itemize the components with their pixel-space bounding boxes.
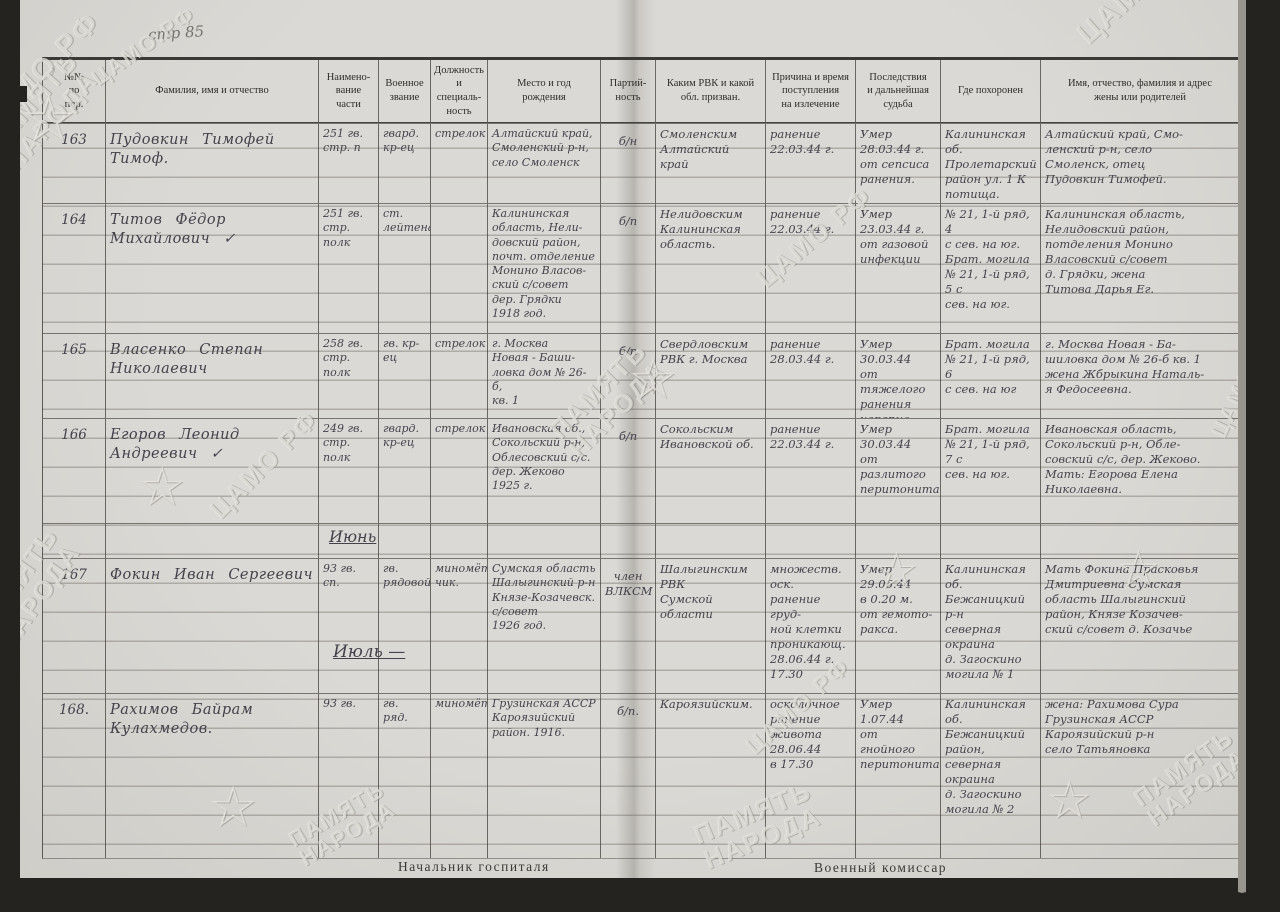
month-june: Июнь <box>319 523 379 558</box>
r166-relatives: Ивановская область, Сокольский р-н, Обле… <box>1041 418 1239 523</box>
scan-edge-notch <box>0 86 27 102</box>
r168-cause: осколочное ранение живота 28.06.44 в 17.… <box>766 693 856 858</box>
r166-rank: гвард. кр-ец <box>379 418 431 523</box>
r166-cause: ранение 22.03.44 г. <box>766 418 856 523</box>
header-name: Фамилия, имя и отчество <box>106 60 319 123</box>
r163-outcome: Умер 28.03.44 г. от сепсиса ранения. <box>856 123 941 203</box>
r168-birth: Грузинская АССР Кароязийский район. 1916… <box>488 693 601 858</box>
r166-burial: Брат. могила № 21, 1-й ряд, 7 с сев. на … <box>941 418 1041 523</box>
cell-empty <box>379 523 431 558</box>
r165-unit: 258 гв. стр. полк <box>319 333 379 418</box>
r166-party: б/п <box>601 418 656 523</box>
r165-cause: ранение 28.03.44 г. <box>766 333 856 418</box>
r164-relatives: Калининская область, Нелидовский район, … <box>1041 203 1239 333</box>
r164-cause: ранение 22.03.44 г. <box>766 203 856 333</box>
cell-empty <box>601 523 656 558</box>
r165-name: Власенко Степан Николаевич <box>106 333 319 418</box>
r166-duty: стрелок <box>431 418 488 523</box>
cell-empty <box>1041 523 1239 558</box>
scanned-hospital-register-page: стр 85 №№ по пор. Фамилия, имя и отчеств… <box>0 0 1280 912</box>
r168-outcome: Умер 1.07.44 от гнойного перитонита. <box>856 693 941 858</box>
scan-edge-left <box>0 0 20 912</box>
cell-empty <box>656 523 766 558</box>
r167-unit: 93 гв. сп. <box>319 558 379 693</box>
r167-relatives: Мать Фокина Прасковья Дмитриевна Сумская… <box>1041 558 1239 693</box>
r168-unit: 93 гв. <box>319 693 379 858</box>
r163-rank: гвард. кр-ец <box>379 123 431 203</box>
header-party: Партий- ность <box>601 60 656 123</box>
r167-name: Фокин Иван Сергеевич <box>106 558 319 693</box>
cell-empty <box>941 523 1041 558</box>
r164-number: 164 <box>43 203 106 333</box>
r167-rank: гв. рядовой <box>379 558 431 693</box>
r167-birth: Сумская область Шалыгинский р-н Князе-Ко… <box>488 558 601 693</box>
r167-duty: миномёт- чик. <box>431 558 488 693</box>
r164-rank: ст. лейтенант <box>379 203 431 333</box>
register-table: №№ по пор. Фамилия, имя и отчество Наиме… <box>42 57 1240 859</box>
r168-name: Рахимов Байрам Кулахмедов. <box>106 693 319 858</box>
r168-party: б/п. <box>601 693 656 858</box>
r164-name: Титов Фёдор Михайлович ✓ <box>106 203 319 333</box>
r163-burial: Калининская об. Пролетарский район ул. 1… <box>941 123 1041 203</box>
r164-rvk: Нелидовским Калининская область. <box>656 203 766 333</box>
r168-duty: миномёт. <box>431 693 488 858</box>
r168-burial: Калининская об. Бежаницкий район, северн… <box>941 693 1041 858</box>
header-outcome: Последствия и дальнейшая судьба <box>856 60 941 123</box>
r166-birth: Ивановская об., Сокольский р-н, Облесовс… <box>488 418 601 523</box>
r166-unit: 249 гв. стр. полк <box>319 418 379 523</box>
r164-unit: 251 гв. стр. полк <box>319 203 379 333</box>
r163-party: б/н <box>601 123 656 203</box>
header-unit: Наимено- вание части <box>319 60 379 123</box>
cell-empty <box>431 523 488 558</box>
r165-relatives: г. Москва Новая - Ба- шиловка дом № 26-б… <box>1041 333 1239 418</box>
r167-party: член ВЛКСМ <box>601 558 656 693</box>
r163-birth: Алтайский край, Смоленский р-н, село Смо… <box>488 123 601 203</box>
header-row-number: №№ по пор. <box>43 60 106 123</box>
r167-burial: Калининская об. Бежаницкий р-н северная … <box>941 558 1041 693</box>
header-relatives: Имя, отчество, фамилия и адрес жены или … <box>1041 60 1239 123</box>
r164-burial: № 21, 1-й ряд, 4 с сев. на юг. Брат. мог… <box>941 203 1041 333</box>
r168-number: 168. <box>43 693 106 858</box>
header-rank: Военное звание <box>379 60 431 123</box>
scan-edge-right-shadow <box>1238 0 1246 912</box>
r168-relatives: жена: Рахимова Сура Грузинская АССР Каро… <box>1041 693 1239 858</box>
r168-rvk: Кароязийским. <box>656 693 766 858</box>
month-june-label: Июнь <box>329 527 376 546</box>
header-birth: Место и год рождения <box>488 60 601 123</box>
header-burial: Где похоронен <box>941 60 1041 123</box>
r165-burial: Брат. могила № 21, 1-й ряд, 6 с сев. на … <box>941 333 1041 418</box>
scan-edge-bottom-ragged <box>0 874 1280 912</box>
r165-birth: г. Москва Новая - Баши- ловка дом № 26-б… <box>488 333 601 418</box>
r165-number: 165 <box>43 333 106 418</box>
r167-outcome: Умер 29.06.44 в 0.20 м. от гемото- ракса… <box>856 558 941 693</box>
hospital-chief-signature-label: Начальник госпиталя <box>398 859 550 875</box>
r163-unit: 251 гв. стр. п <box>319 123 379 203</box>
header-duty: Должность и специаль- ность <box>431 60 488 123</box>
military-commissar-signature-label: Военный комиссар <box>814 860 947 876</box>
r167-cause: множеств. оск. ранение груд- ной клетки … <box>766 558 856 693</box>
r166-outcome: Умер 30.03.44 от разлитого перитонита <box>856 418 941 523</box>
r167-number: 167 <box>43 558 106 693</box>
r166-number: 166 <box>43 418 106 523</box>
r163-rvk: Смоленским Алтайский край <box>656 123 766 203</box>
scan-edge-right <box>1246 0 1280 912</box>
r164-outcome: Умер 23.03.44 г. от газовой инфекции <box>856 203 941 333</box>
r163-relatives: Алтайский край, Смо- ленский р-н, село С… <box>1041 123 1239 203</box>
month-july-label: Июль — <box>333 642 405 662</box>
r166-rvk: Сокольским Ивановской об. <box>656 418 766 523</box>
r164-duty <box>431 203 488 333</box>
cell-empty <box>106 523 319 558</box>
r163-name: Пудовкин Тимофей Тимоф. <box>106 123 319 203</box>
r168-rank: гв. ряд. <box>379 693 431 858</box>
r167-rvk: Шалыгинским РВК Сумской области <box>656 558 766 693</box>
r165-rvk: Свердловским РВК г. Москва <box>656 333 766 418</box>
cell-empty <box>856 523 941 558</box>
cell-empty <box>766 523 856 558</box>
cell-empty <box>43 523 106 558</box>
r163-cause: ранение 22.03.44 г. <box>766 123 856 203</box>
r166-name: Егоров Леонид Андреевич ✓ <box>106 418 319 523</box>
header-cause: Причина и время поступления на излечение <box>766 60 856 123</box>
r164-birth: Калининская область, Нели- довский район… <box>488 203 601 333</box>
cell-empty <box>488 523 601 558</box>
r165-rank: гв. кр-ец <box>379 333 431 418</box>
r164-party: б/п <box>601 203 656 333</box>
r165-outcome: Умер 30.03.44 от тяжелого ранения черепн… <box>856 333 941 418</box>
r163-duty: стрелок <box>431 123 488 203</box>
r165-party: б/п <box>601 333 656 418</box>
r163-number: 163 <box>43 123 106 203</box>
r165-duty: стрелок <box>431 333 488 418</box>
header-rvk: Каким РВК и какой обл. призван. <box>656 60 766 123</box>
